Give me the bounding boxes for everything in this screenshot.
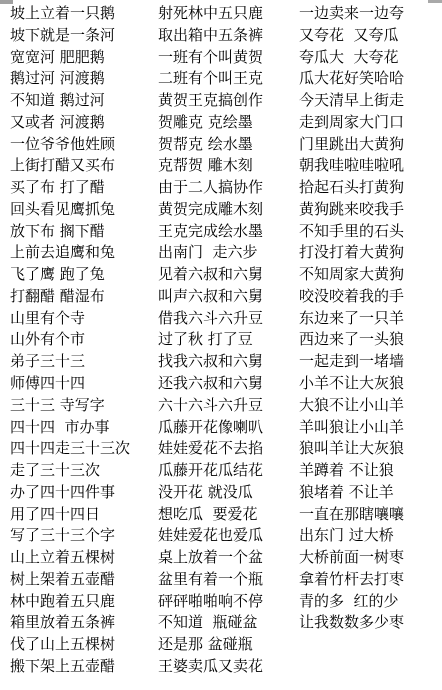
text-column-3: 一边卖来一边夸又夸花 又夸瓜夸瓜大 大夸花瓜大花好笑哈哈今天清早上街走走到周家大… <box>299 3 439 634</box>
text-line: 三十三 寺写字 <box>10 395 158 417</box>
text-line: 搬下架上五壶醋 <box>10 656 158 678</box>
text-line: 山外有个市 <box>10 329 158 351</box>
text-line: 树上架着五壶醋 <box>10 569 158 591</box>
text-line: 狼叫羊让大灰狼 <box>299 438 439 460</box>
text-line: 出南门 走六步 <box>158 242 299 264</box>
text-line: 坡下就是一条河 <box>10 25 158 47</box>
text-line: 朝我哇啦哇啦吼 <box>299 155 439 177</box>
text-line: 黄贺完成雕木刻 <box>158 199 299 221</box>
text-line: 贺雕克 克绘墨 <box>158 112 299 134</box>
text-line: 宽宽河 肥肥鹅 <box>10 47 158 69</box>
text-line: 东边来了一只羊 <box>299 308 439 330</box>
text-line: 西边来了一头狼 <box>299 329 439 351</box>
text-line: 不知道 鹅过河 <box>10 90 158 112</box>
text-line: 想吃瓜 要爱花 <box>158 504 299 526</box>
text-line: 克帮贺 雕木刻 <box>158 155 299 177</box>
text-line: 找我六叔和六舅 <box>158 351 299 373</box>
text-line: 弟子三十三 <box>10 351 158 373</box>
text-line: 一起走到一堵墙 <box>299 351 439 373</box>
text-line: 山里有个寺 <box>10 308 158 330</box>
text-column-2: 射死林中五只鹿取出箱中五条裤一班有个叫黄贺二班有个叫王克黄贺王克搞创作贺雕克 克… <box>158 3 299 678</box>
text-line: 桌上放着一个盆 <box>158 547 299 569</box>
text-line: 四十四 市办事 <box>10 417 158 439</box>
text-line: 射死林中五只鹿 <box>158 3 299 25</box>
text-line: 见着六叔和六舅 <box>158 264 299 286</box>
text-line: 伐了山上五棵树 <box>10 634 158 656</box>
text-line: 上街打醋又买布 <box>10 155 158 177</box>
text-line: 放下布 搁下醋 <box>10 221 158 243</box>
text-line: 王婆卖瓜又卖花 <box>158 656 299 678</box>
text-line: 不知手里的石头 <box>299 221 439 243</box>
text-line: 瓜大花好笑哈哈 <box>299 68 439 90</box>
text-line: 黄贺王克搞创作 <box>158 90 299 112</box>
text-line: 不知周家大黄狗 <box>299 264 439 286</box>
text-line: 瓜藤开花瓜结花 <box>158 460 299 482</box>
text-line: 六十六斗六升豆 <box>158 395 299 417</box>
text-line: 黄狗跳来咬我手 <box>299 199 439 221</box>
text-line: 娃娃爱花不去掐 <box>158 438 299 460</box>
text-line: 夸瓜大 大夸花 <box>299 47 439 69</box>
text-line: 山上立着五棵树 <box>10 547 158 569</box>
text-line: 过了秋 打了豆 <box>158 329 299 351</box>
text-line: 办了四十四件事 <box>10 482 158 504</box>
text-line: 二班有个叫王克 <box>158 68 299 90</box>
text-line: 砰砰啪啪响不停 <box>158 591 299 613</box>
text-line: 走了三十三次 <box>10 460 158 482</box>
text-column-1: 坡上立着一只鹅坡下就是一条河宽宽河 肥肥鹅鹅过河 河渡鹅不知道 鹅过河又或者 河… <box>10 3 158 678</box>
text-line: 一位爷爷他姓顾 <box>10 134 158 156</box>
document-page: 坡上立着一只鹅坡下就是一条河宽宽河 肥肥鹅鹅过河 河渡鹅不知道 鹅过河又或者 河… <box>0 0 442 690</box>
text-line: 大桥前面一树枣 <box>299 547 439 569</box>
text-line: 打翻醋 醋湿布 <box>10 286 158 308</box>
text-line: 出东门 过大桥 <box>299 525 439 547</box>
text-line: 王克完成绘水墨 <box>158 221 299 243</box>
text-line: 今天清早上街走 <box>299 90 439 112</box>
text-line: 瓜藤开花像喇叭 <box>158 417 299 439</box>
text-line: 师傅四十四 <box>10 373 158 395</box>
text-line: 打没打着大黄狗 <box>299 242 439 264</box>
text-line: 鹅过河 河渡鹅 <box>10 68 158 90</box>
text-line: 娃娃爱花也爱瓜 <box>158 525 299 547</box>
text-line: 箱里放着五条裤 <box>10 612 158 634</box>
text-line: 林中跑着五只鹿 <box>10 591 158 613</box>
text-line: 由于二人搞协作 <box>158 177 299 199</box>
text-line: 买了布 打了醋 <box>10 177 158 199</box>
text-line: 飞了鹰 跑了兔 <box>10 264 158 286</box>
text-line: 用了四十四日 <box>10 504 158 526</box>
text-line: 四十四走三十三次 <box>10 438 158 460</box>
text-line: 还是那 盆碰瓶 <box>158 634 299 656</box>
text-line: 拾起石头打黄狗 <box>299 177 439 199</box>
text-line: 让我数数多少枣 <box>299 612 439 634</box>
text-line: 大狼不让小山羊 <box>299 395 439 417</box>
text-line: 叫声六叔和六舅 <box>158 286 299 308</box>
text-line: 不知道 瓶碰盆 <box>158 612 299 634</box>
text-line: 又夸花 又夸瓜 <box>299 25 439 47</box>
text-line: 贺帮克 绘水墨 <box>158 134 299 156</box>
text-line: 回头看见鹰抓兔 <box>10 199 158 221</box>
text-line: 羊叫狼让小山羊 <box>299 417 439 439</box>
text-line: 青的多 红的少 <box>299 591 439 613</box>
text-line: 取出箱中五条裤 <box>158 25 299 47</box>
text-line: 一边卖来一边夸 <box>299 3 439 25</box>
text-line: 小羊不让大灰狼 <box>299 373 439 395</box>
text-line: 门里跳出大黄狗 <box>299 134 439 156</box>
text-line: 借我六斗六升豆 <box>158 308 299 330</box>
text-line: 写了三十三个字 <box>10 525 158 547</box>
text-line: 还我六叔和六舅 <box>158 373 299 395</box>
text-line: 狼堵着 不让羊 <box>299 482 439 504</box>
text-line: 羊蹲着 不让狼 <box>299 460 439 482</box>
text-line: 没开花 就没瓜 <box>158 482 299 504</box>
text-line: 上前去追鹰和兔 <box>10 242 158 264</box>
text-line: 一班有个叫黄贺 <box>158 47 299 69</box>
text-line: 又或者 河渡鹅 <box>10 112 158 134</box>
text-line: 走到周家大门口 <box>299 112 439 134</box>
text-line: 咬没咬着我的手 <box>299 286 439 308</box>
text-line: 坡上立着一只鹅 <box>10 3 158 25</box>
text-line: 拿着竹杆去打枣 <box>299 569 439 591</box>
text-line: 盆里有着一个瓶 <box>158 569 299 591</box>
text-line: 一直在那瞎嚷嚷 <box>299 504 439 526</box>
